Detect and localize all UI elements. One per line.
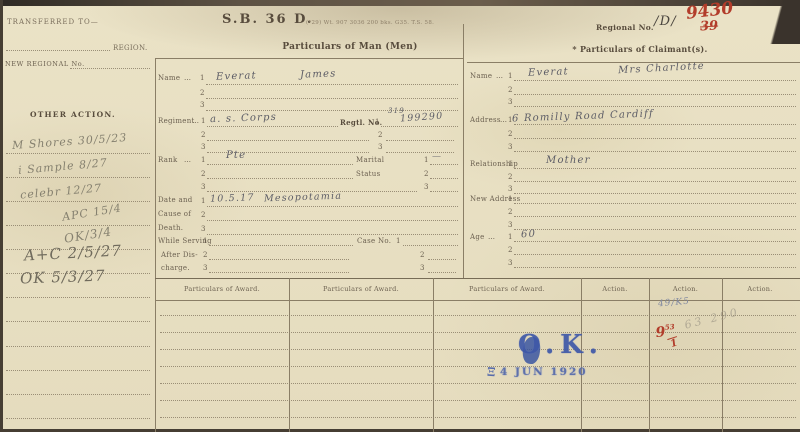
red-fraction-annotation: 953 1 xyxy=(655,320,680,351)
row-number: 3 xyxy=(420,264,424,272)
dotted-line xyxy=(160,366,796,367)
dotted-line xyxy=(514,216,796,217)
row-number: 3 xyxy=(508,221,512,229)
leader-dots: … xyxy=(192,117,199,125)
row-number: 3 xyxy=(508,98,512,106)
death-label-line3: Death. xyxy=(158,224,183,232)
claimant-age-value: 60 xyxy=(521,229,537,241)
transferred-to-label: TRANSFERRED TO— xyxy=(7,18,99,26)
date-stamp: 4 JUN 1920 xyxy=(500,366,588,378)
row-number: 1 xyxy=(201,197,205,205)
regional-no-prefix: /D/ xyxy=(654,14,677,29)
status-label: Status xyxy=(356,170,381,178)
new-regional-no-label: NEW REGIONAL No. xyxy=(5,60,85,68)
man-box-left-border xyxy=(155,58,156,432)
award-column-header: Particulars of Award. xyxy=(291,285,431,293)
date-stamp-bracket: Ξ xyxy=(487,365,496,380)
table-column-line xyxy=(289,278,290,432)
action-pencil-faint-note: 63 290 xyxy=(683,305,741,331)
row-number: 1 xyxy=(203,237,207,245)
scan-edge-top xyxy=(0,0,800,6)
row-number: 3 xyxy=(201,143,205,151)
region-label: REGION. xyxy=(113,44,147,52)
other-action-heading: OTHER ACTION. xyxy=(30,110,116,119)
dotted-line xyxy=(6,394,150,395)
dotted-line xyxy=(6,225,150,226)
row-number: 2 xyxy=(420,251,424,259)
row-number: 3 xyxy=(200,101,204,109)
row-number: 2 xyxy=(201,211,205,219)
regional-no-label: Regional No. xyxy=(596,23,654,32)
dotted-line xyxy=(209,245,353,246)
dotted-line xyxy=(403,245,458,246)
row-number: 2 xyxy=(201,131,205,139)
dotted-line xyxy=(514,106,796,107)
row-number: 2 xyxy=(508,208,512,216)
dotted-line xyxy=(6,297,150,298)
scan-edge-left xyxy=(0,0,3,432)
claimant-section-heading: * Particulars of Claimant(s). xyxy=(535,44,745,54)
claimant-address-value: 6 Romilly Road Cardiff xyxy=(512,109,654,125)
dotted-line xyxy=(428,259,456,260)
case-no-label: Case No. xyxy=(357,237,391,245)
table-column-line xyxy=(722,278,723,432)
leader-dots: … xyxy=(500,116,507,124)
death-label-line2: Cause of xyxy=(158,210,191,218)
row-number: 1 xyxy=(201,156,205,164)
dotted-line xyxy=(514,193,796,194)
dotted-line xyxy=(207,178,353,179)
man-rank-value: Pte xyxy=(226,150,246,161)
row-number: 1 xyxy=(508,195,512,203)
row-number: 3 xyxy=(201,183,205,191)
dotted-line xyxy=(6,346,150,347)
leader-dots: … xyxy=(184,156,191,164)
row-number: 2 xyxy=(203,251,207,259)
claimant-forename-value: Mrs Charlotte xyxy=(618,61,705,77)
row-number: 3 xyxy=(424,183,428,191)
row-number: 3 xyxy=(508,185,512,193)
pension-record-card: TRANSFERRED TO— REGION. S.B. 36 D. (*29)… xyxy=(0,0,800,432)
dotted-line xyxy=(6,177,150,178)
red-fraction-sup: 53 xyxy=(664,322,675,332)
dotted-line xyxy=(206,98,458,99)
other-action-note: A+C 2/5/27 xyxy=(24,241,123,264)
dotted-line xyxy=(209,259,349,260)
regional-no-struck: 39 xyxy=(700,19,719,35)
action-column-header: Action. xyxy=(724,285,796,293)
form-number: S.B. 36 D. xyxy=(222,12,313,27)
row-number: 1 xyxy=(424,156,428,164)
man-regiment-label: Regiment xyxy=(158,117,195,125)
dotted-line xyxy=(514,203,796,204)
action-pencil-note: 49/K5 xyxy=(658,297,691,310)
man-name-label: Name xyxy=(158,74,180,82)
dotted-line xyxy=(430,164,458,165)
dotted-line xyxy=(207,140,369,141)
man-section-heading: Particulars of Man (Men) xyxy=(240,42,460,52)
man-box-top-border xyxy=(155,58,463,59)
claimant-address-label: Address xyxy=(470,116,501,124)
table-column-line xyxy=(649,278,650,432)
row-number: 1 xyxy=(508,72,512,80)
claimant-box-top-border xyxy=(467,62,800,63)
marital-label: Marital xyxy=(356,156,384,164)
dotted-line xyxy=(514,124,796,125)
row-number: 1 xyxy=(201,117,205,125)
claimant-age-label: Age xyxy=(470,233,485,241)
claimant-surname-value: Everat xyxy=(528,66,569,78)
dotted-line xyxy=(6,418,150,419)
row-number: 1 xyxy=(508,160,512,168)
death-place-value: Mesopotamia xyxy=(264,191,342,205)
dotted-line xyxy=(514,181,796,182)
man-regiment-value: a. s. Corps xyxy=(210,112,277,125)
action-column-header: Action. xyxy=(583,285,647,293)
dotted-line xyxy=(6,370,150,371)
dotted-line xyxy=(428,272,456,273)
marital-status-value: — xyxy=(432,152,442,162)
row-number: 2 xyxy=(508,246,512,254)
man-rank-label: Rank xyxy=(158,156,178,164)
dotted-line xyxy=(386,152,454,153)
death-label-line1: Date and xyxy=(158,196,193,204)
row-number: 3 xyxy=(508,143,512,151)
row-number: 3 xyxy=(378,143,382,151)
dotted-line xyxy=(160,400,796,401)
dotted-line xyxy=(70,68,150,69)
table-column-line xyxy=(433,278,434,432)
dotted-line xyxy=(514,254,796,255)
dotted-line xyxy=(207,164,353,165)
dotted-line xyxy=(430,178,458,179)
dotted-line xyxy=(6,201,150,202)
award-column-header: Particulars of Award. xyxy=(157,285,287,293)
dotted-line xyxy=(430,191,458,192)
dotted-line xyxy=(160,383,796,384)
row-number: 1 xyxy=(375,118,379,126)
other-action-note: APC 15/4 xyxy=(61,201,122,223)
claimant-new-address-label: New Address xyxy=(470,195,520,203)
row-number: 2 xyxy=(508,86,512,94)
dotted-line xyxy=(514,80,796,81)
claimant-relationship-value: Mother xyxy=(546,155,591,166)
ok-stamp: O.K. xyxy=(518,330,604,360)
dotted-line xyxy=(514,168,796,169)
scan-edge-top-right xyxy=(770,0,800,44)
row-number: 2 xyxy=(201,170,205,178)
dotted-line xyxy=(206,110,458,111)
dotted-line xyxy=(514,229,796,230)
man-forename-value: James xyxy=(300,68,337,80)
dotted-line xyxy=(160,349,796,350)
leader-dots: … xyxy=(496,72,503,80)
row-number: 2 xyxy=(424,170,428,178)
dotted-line xyxy=(6,50,110,51)
row-number: 2 xyxy=(378,131,382,139)
other-action-note: celebr 12/27 xyxy=(20,181,103,201)
dotted-line xyxy=(207,234,458,235)
row-number: 3 xyxy=(508,259,512,267)
row-number: 3 xyxy=(201,225,205,233)
dotted-line xyxy=(514,151,796,152)
dotted-line xyxy=(6,321,150,322)
row-number: 2 xyxy=(508,173,512,181)
dotted-line xyxy=(160,332,796,333)
dotted-line xyxy=(206,84,458,85)
row-number: 3 xyxy=(203,264,207,272)
dotted-line xyxy=(381,126,458,127)
other-action-note: M Shores 30/5/23 xyxy=(12,131,128,152)
dotted-line xyxy=(160,417,796,418)
row-number: 1 xyxy=(508,233,512,241)
dotted-line xyxy=(207,126,338,127)
dotted-line xyxy=(209,272,349,273)
dotted-line xyxy=(514,94,796,95)
row-number: 2 xyxy=(200,89,204,97)
action-column-header: Action. xyxy=(651,285,720,293)
claimant-name-label: Name xyxy=(470,72,492,80)
dotted-line xyxy=(386,140,454,141)
print-code: (*29) Wt. 907 3036 200 bks. G35. T.S. 58… xyxy=(306,20,434,26)
dotted-line xyxy=(6,153,150,154)
dotted-line xyxy=(207,206,458,207)
section-divider xyxy=(463,24,464,278)
dotted-line xyxy=(514,138,796,139)
row-number: 1 xyxy=(396,237,400,245)
red-fraction-denominator: 1 xyxy=(667,336,680,351)
row-number: 2 xyxy=(508,130,512,138)
death-date-value: 10.5.17 xyxy=(210,192,255,205)
leader-dots: … xyxy=(488,233,495,241)
other-action-note: i Sample 8/27 xyxy=(18,156,109,177)
award-column-header: Particulars of Award. xyxy=(435,285,579,293)
table-header-border xyxy=(155,300,800,301)
man-surname-value: Everat xyxy=(216,70,257,82)
row-number: 1 xyxy=(200,74,204,82)
table-top-border xyxy=(155,278,800,279)
leader-dots: … xyxy=(184,74,191,82)
regtl-no-value: 199290 xyxy=(400,110,444,124)
dotted-line xyxy=(514,267,796,268)
after-discharge-label-line1: After Dis- xyxy=(161,251,198,259)
dotted-line xyxy=(514,241,796,242)
dotted-line xyxy=(207,220,458,221)
other-action-note: OK 5/3/27 xyxy=(20,267,106,288)
after-discharge-label-line2: charge. xyxy=(161,264,190,272)
